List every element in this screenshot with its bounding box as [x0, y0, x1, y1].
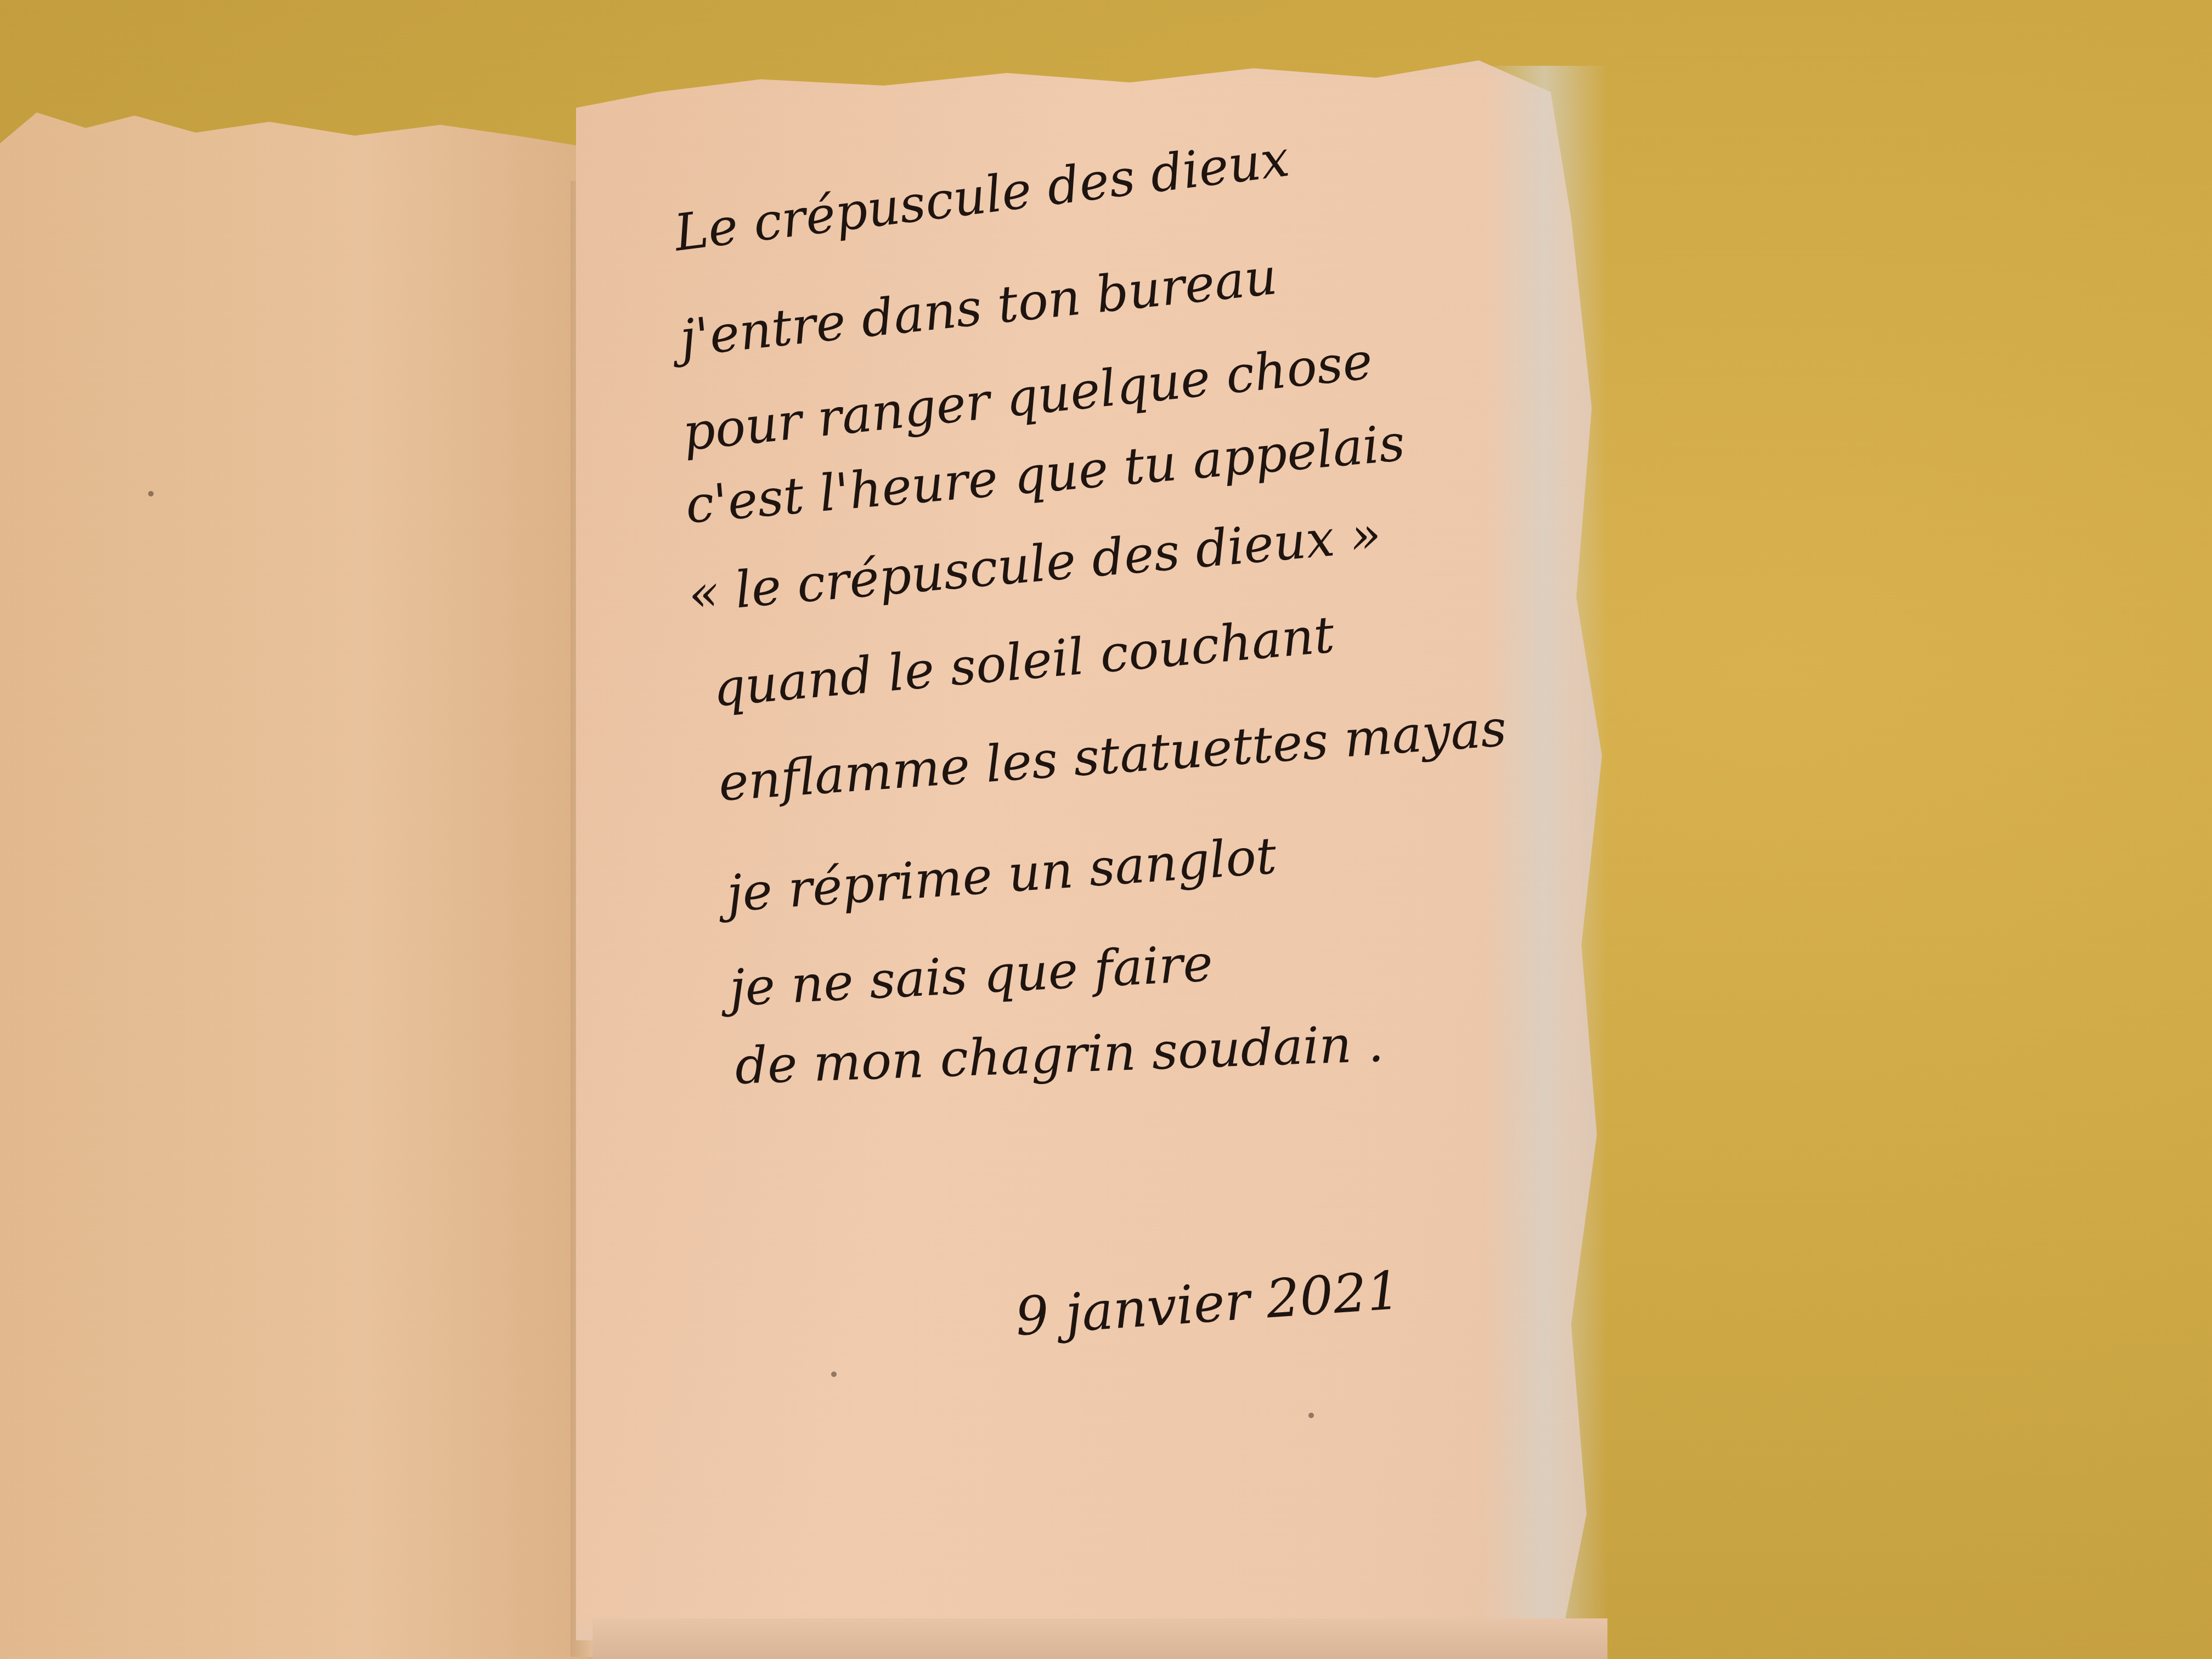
paper-speck [148, 491, 154, 496]
paper-speck [831, 1372, 837, 1377]
left-page-blank [0, 112, 612, 1659]
poem-line: de mon chagrin soudain . [734, 1015, 1498, 1092]
page-bottom-edge [592, 1618, 1607, 1659]
poem-line: enflamme les statuettes mayas [717, 704, 1498, 809]
poem-line: quand le soleil couchant [711, 596, 1497, 714]
handwritten-poem: Le crépuscule des dieux j'entre dans ton… [675, 208, 1498, 1092]
paper-speck [1308, 1413, 1314, 1418]
poem-line: je réprime un sanglot [725, 815, 1498, 919]
poem-line: je ne sais que faire [729, 923, 1498, 1014]
